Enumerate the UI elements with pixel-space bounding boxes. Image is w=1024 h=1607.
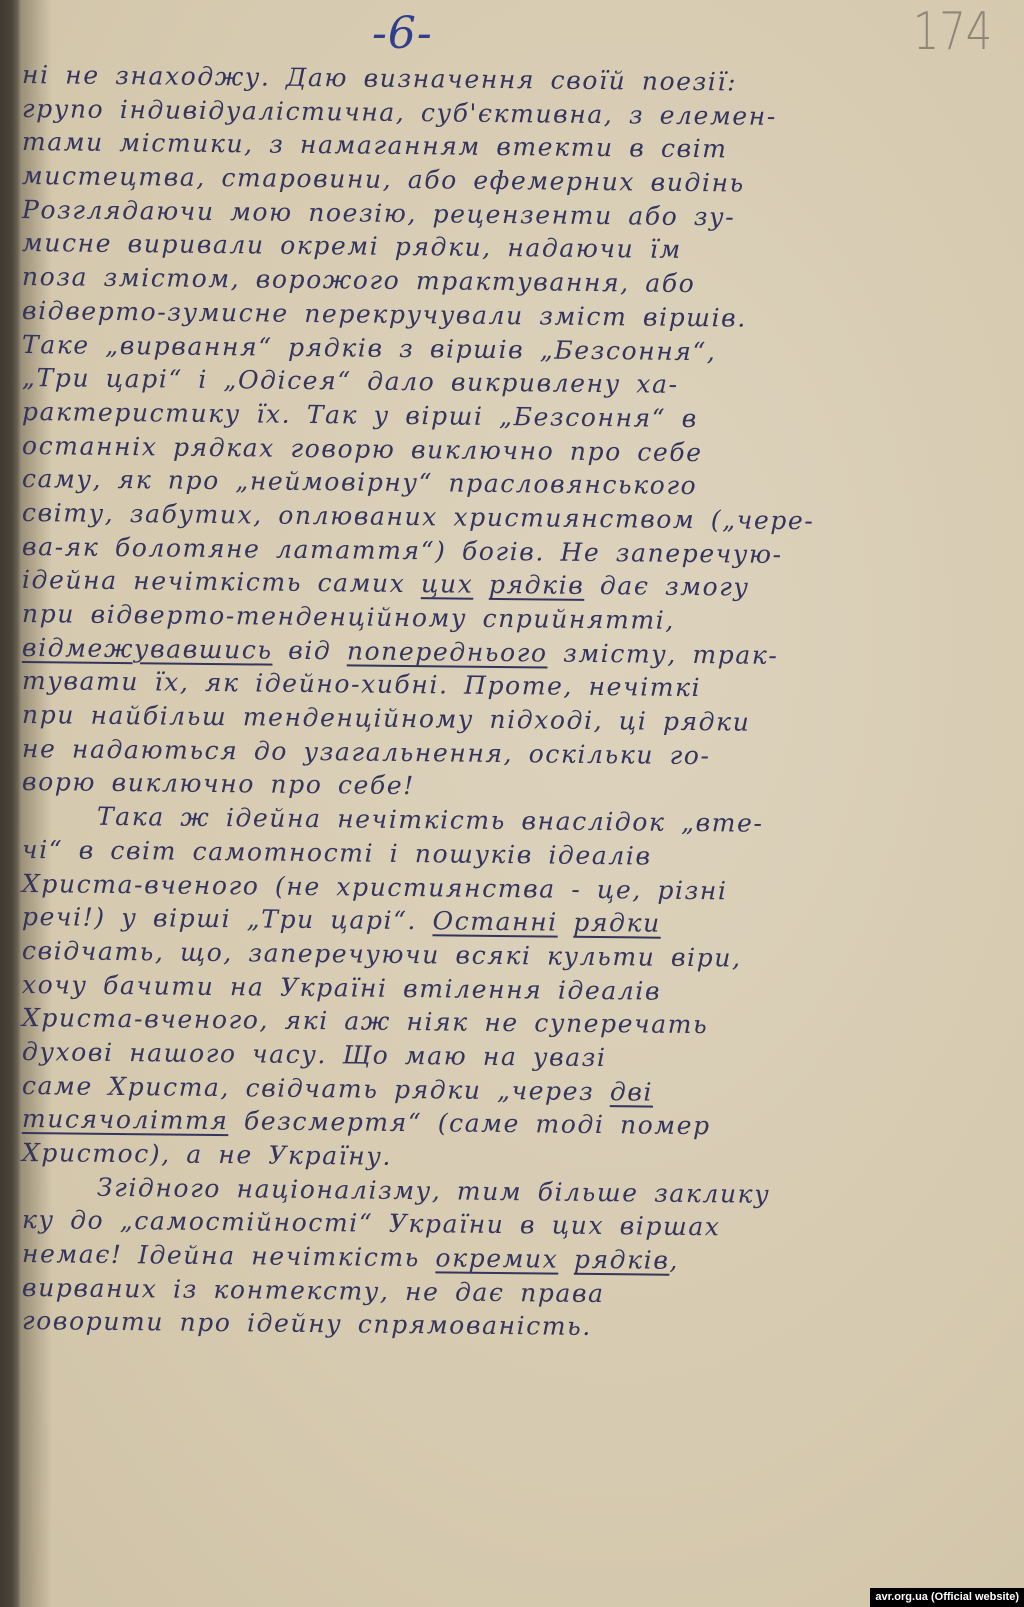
text-fragment: мисне виривали окремі рядки, надаючи їм	[22, 228, 682, 264]
text-fragment: свідчать, що, заперечуючи всякі культи в…	[22, 936, 742, 973]
text-fragment: при найбільш тенденційному підході, ці р…	[22, 700, 751, 737]
text-fragment: групо індивідуалістична, суб'єктивна, з …	[22, 94, 777, 131]
text-fragment: саму, як про „неймовірну“ прасловянськог…	[22, 464, 698, 500]
text-fragment: „Три царі“ і „Одісея“ дало викривлену ха…	[22, 363, 679, 399]
text-fragment: Така ж ідейна нечіткість внаслідок „вте-	[97, 802, 764, 838]
text-fragment: Христа-вченого, які аж ніяк не суперечат…	[22, 1003, 709, 1039]
text-fragment: Христа-вченого (не християнства - це, рі…	[22, 869, 728, 905]
text-fragment: останніх рядках говорю виключно про себе	[22, 431, 703, 467]
text-fragment: ку до „самостійності“ України в цих вірш…	[22, 1205, 721, 1241]
book-binding	[0, 0, 22, 1607]
text-fragment: при відверто-тенденційному сприйнятті,	[22, 599, 675, 635]
underlined-phrase: цих	[421, 569, 474, 599]
source-watermark: avr.org.ua (Official website)	[870, 1588, 1024, 1607]
text-fragment: поза змістом, ворожого трактування, або	[22, 262, 696, 298]
text-fragment: ворю виключно про себе!	[22, 767, 415, 800]
text-fragment: Христос), а не Україну.	[22, 1138, 392, 1171]
text-fragment: відверто-зумисне перекручували зміст вір…	[22, 296, 747, 333]
text-fragment: мистецтва, старовини, або ефемерних виді…	[22, 161, 745, 198]
underlined-phrase: тисячоліття	[22, 1104, 229, 1135]
text-fragment: від	[272, 635, 347, 665]
underlined-phrase: попереднього	[347, 636, 548, 667]
underlined-phrase: відмежувавшись	[22, 633, 273, 665]
text-fragment: не надаються до узагальнення, оскільки г…	[22, 734, 711, 770]
text-fragment: безсмертя“ (саме тоді помер	[228, 1106, 711, 1140]
text-fragment: тами містики, з намаганням втекти в світ	[22, 127, 728, 163]
text-fragment: ні не знаходжу. Даю визначення своїй пое…	[22, 60, 737, 96]
underlined-phrase: рядків	[574, 1245, 670, 1275]
underlined-phrase: окремих	[435, 1243, 558, 1273]
folio-number: 174	[913, 2, 992, 62]
text-fragment: духові нашого часу. Що маю на увазі	[22, 1037, 607, 1072]
text-fragment: дає змогу	[584, 571, 749, 602]
text-fragment: хочу бачити на Україні втілення ідеалів	[22, 970, 661, 1006]
text-fragment	[473, 570, 489, 599]
page-marker: -6-	[372, 8, 433, 59]
underlined-phrase: рядки	[573, 908, 661, 938]
document-page: -6- 174 ні не знаходжу. Даю визначення с…	[0, 0, 1024, 1607]
handwritten-text-body: ні не знаходжу. Даю визначення своїй пое…	[22, 58, 992, 1338]
text-fragment	[558, 1245, 574, 1274]
text-fragment: вирваних із контексту, не дає права	[22, 1273, 605, 1308]
text-fragment: ва-як болотяне латаття“) богів. Не запер…	[22, 532, 783, 569]
text-fragment: ,	[669, 1246, 679, 1275]
text-fragment: чі“ в світ самотності і пошуків ідеалів	[22, 835, 652, 871]
text-fragment: саме Христа, свідчать рядки „через	[22, 1071, 610, 1106]
text-fragment: речі!) у вірші „Три царі“.	[22, 902, 433, 935]
text-fragment	[558, 908, 574, 937]
text-fragment: немає! Ідейна нечіткість	[22, 1239, 436, 1272]
underlined-phrase: дві	[610, 1077, 654, 1106]
text-fragment: Згідного націоналізму, тим більше заклик…	[97, 1172, 771, 1208]
text-fragment: тувати їх, як ідейно-хибні. Проте, нечіт…	[22, 666, 702, 702]
underlined-phrase: Останні	[432, 906, 558, 936]
text-fragment: змісту, трак-	[547, 638, 778, 669]
text-fragment: світу, забутих, оплюваних християнством …	[22, 498, 815, 535]
text-fragment: ідейна нечіткість самих	[22, 565, 421, 598]
text-fragment: Таке „вирвання“ рядків з віршів „Безсонн…	[22, 330, 717, 366]
text-fragment: рактеристику їх. Так у вірші „Безсоння“ …	[22, 397, 698, 433]
underlined-phrase: рядків	[489, 570, 585, 600]
text-fragment: говорити про ідейну спрямованість.	[22, 1306, 592, 1341]
text-fragment: Розглядаючи мою поезію, рецензенти або з…	[22, 195, 736, 231]
